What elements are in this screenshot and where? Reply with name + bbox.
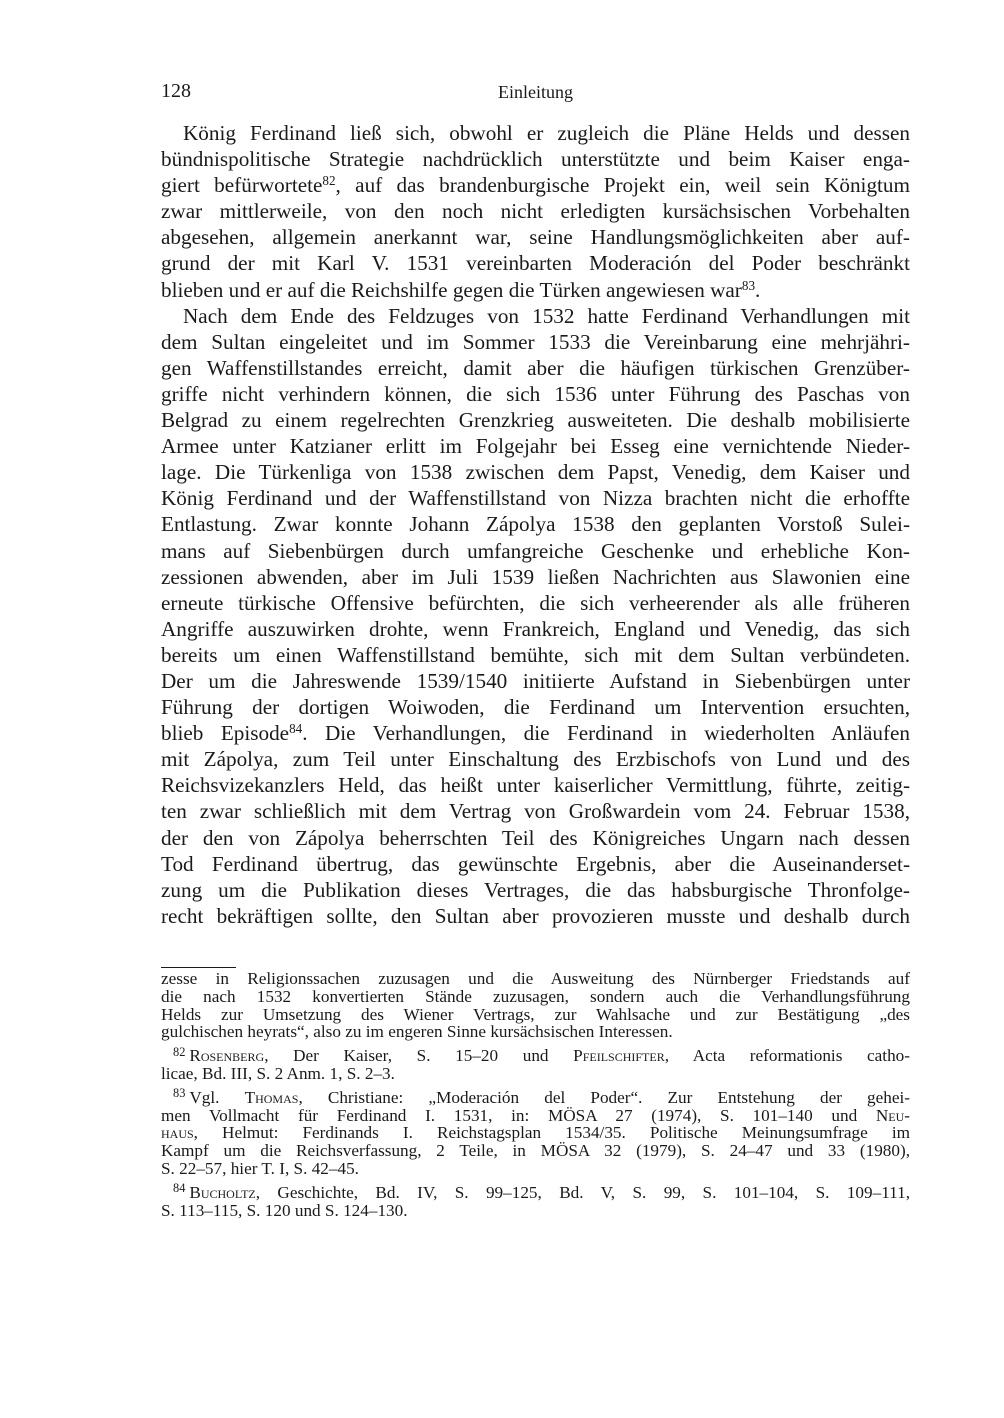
text-line: Reichsvizekanzlers Held, das heißt unter…: [161, 772, 910, 798]
text-span: blieb Episode: [161, 721, 289, 745]
text-line: griffe nicht verhindern können, die sich…: [161, 381, 910, 407]
text-line: Entlastung. Zwar konnte Johann Zápolya 1…: [161, 511, 910, 537]
footnote-number: 83: [161, 1086, 189, 1100]
text-span: blieben und er auf die Reichshilfe gegen…: [161, 278, 742, 302]
text-line: Nach dem Ende des Feldzuges von 1532 hat…: [161, 303, 910, 329]
author-name: Rosenberg: [189, 1046, 264, 1065]
footnote-line: die nach 1532 konvertierten Stände zuzus…: [161, 988, 910, 1006]
text-line: giert befürwortete82, auf das brandenbur…: [161, 172, 910, 198]
text-line: recht bekräftigen sollte, den Sultan abe…: [161, 903, 910, 929]
text-line: Angriffe auszuwirken drohte, wenn Frankr…: [161, 616, 910, 642]
text-span: , Acta reformationis catho-: [665, 1046, 910, 1065]
author-name: haus: [161, 1123, 194, 1142]
main-text: König Ferdinand ließ sich, obwohl er zug…: [161, 120, 910, 929]
footnote-line: 82Rosenberg, Der Kaiser, S. 15–20 und Pf…: [161, 1047, 910, 1065]
running-title: Einleitung: [161, 82, 910, 103]
running-head: 128 Einleitung: [161, 80, 910, 106]
author-name: Bucholtz: [189, 1183, 255, 1202]
text-line: mit Zápolya, zum Teil unter Einschaltung…: [161, 746, 910, 772]
text-line: erneute türkische Offensive befürchten, …: [161, 590, 910, 616]
text-line: zwar mittlerweile, von den noch nicht er…: [161, 198, 910, 224]
text-line: Der um die Jahreswende 1539/1540 initiie…: [161, 668, 910, 694]
text-span: Vgl.: [189, 1088, 244, 1107]
footnote-line: men Vollmacht für Ferdinand I. 1531, in:…: [161, 1107, 910, 1125]
footnote-number: 84: [161, 1181, 189, 1195]
text-line: Tod Ferdinand übertrug, das gewünschte E…: [161, 851, 910, 877]
footnote-line: haus, Helmut: Ferdinands I. Reichstagspl…: [161, 1124, 910, 1142]
text-line: abgesehen, allgemein anerkannt war, sein…: [161, 224, 910, 250]
footnote-number: 82: [161, 1045, 189, 1059]
text-span: , Christiane: „Moderación del Poder“. Zu…: [298, 1088, 910, 1107]
footnotes: zesse in Religionssachen zuzusagen und d…: [161, 970, 910, 1219]
text-line: Armee unter Katzianer erlitt im Folgejah…: [161, 433, 910, 459]
text-line: König Ferdinand ließ sich, obwohl er zug…: [161, 120, 910, 146]
footnote-line: S. 113–115, S. 120 und S. 124–130.: [161, 1202, 910, 1220]
author-name: Neu-: [876, 1106, 910, 1125]
footnote-line: Kampf um die Reichsverfassung, 2 Teile, …: [161, 1142, 910, 1160]
text-line: gen Waffenstillstandes erreicht, damit a…: [161, 355, 910, 381]
footnote-ref-84[interactable]: 84: [289, 721, 302, 736]
text-line: der den von Zápolya beherrschten Teil de…: [161, 825, 910, 851]
text-line: blieb Episode84. Die Verhandlungen, die …: [161, 720, 910, 746]
footnote-continuation: zesse in Religionssachen zuzusagen und d…: [161, 970, 910, 1041]
text-line: grund der mit Karl V. 1531 vereinbarten …: [161, 250, 910, 276]
footnote-ref-82[interactable]: 82: [322, 173, 335, 188]
text-line: bündnispolitische Strategie nachdrücklic…: [161, 146, 910, 172]
text-line: König Ferdinand und der Waffenstillstand…: [161, 485, 910, 511]
text-span: , Helmut: Ferdinands I. Reichstagsplan 1…: [194, 1123, 910, 1142]
author-name: Pfeilschifter: [573, 1046, 665, 1065]
text-line: ten zwar schließlich mit dem Vertrag von…: [161, 798, 910, 824]
footnote-84: 84Bucholtz, Geschichte, Bd. IV, S. 99–12…: [161, 1184, 910, 1220]
footnote-line: 84Bucholtz, Geschichte, Bd. IV, S. 99–12…: [161, 1184, 910, 1202]
paragraph-1: König Ferdinand ließ sich, obwohl er zug…: [161, 120, 910, 303]
text-line: lage. Die Türkenliga von 1538 zwischen d…: [161, 459, 910, 485]
author-name: Thomas: [245, 1088, 299, 1107]
footnote-ref-83[interactable]: 83: [742, 277, 755, 292]
footnote-line: licae, Bd. III, S. 2 Anm. 1, S. 2–3.: [161, 1065, 910, 1083]
text-span: , auf das brandenburgische Projekt ein, …: [336, 173, 910, 197]
text-span: . Die Verhandlungen, die Ferdinand in wi…: [302, 721, 910, 745]
footnote-83: 83Vgl. Thomas, Christiane: „Moderación d…: [161, 1089, 910, 1178]
footnote-rule: [161, 967, 236, 968]
text-line: bereits um einen Waffenstillstand bemüht…: [161, 642, 910, 668]
paragraph-2: Nach dem Ende des Feldzuges von 1532 hat…: [161, 303, 910, 929]
text-span: , Der Kaiser, S. 15–20 und: [264, 1046, 573, 1065]
footnote-82: 82Rosenberg, Der Kaiser, S. 15–20 und Pf…: [161, 1047, 910, 1083]
text-line: zung um die Publikation dieses Vertrages…: [161, 877, 910, 903]
text-span: .: [755, 278, 760, 302]
text-line: blieben und er auf die Reichshilfe gegen…: [161, 277, 910, 303]
footnote-line: zesse in Religionssachen zuzusagen und d…: [161, 970, 910, 988]
footnote-line: gulchischen heyrats“, also zu im engeren…: [161, 1023, 910, 1041]
text-span: , Geschichte, Bd. IV, S. 99–125, Bd. V, …: [256, 1183, 910, 1202]
text-line: dem Sultan eingeleitet und im Sommer 153…: [161, 329, 910, 355]
text-span: giert befürwortete: [161, 173, 322, 197]
footnote-line: 83Vgl. Thomas, Christiane: „Moderación d…: [161, 1089, 910, 1107]
text-line: zessionen abwenden, aber im Juli 1539 li…: [161, 564, 910, 590]
text-span: men Vollmacht für Ferdinand I. 1531, in:…: [161, 1106, 876, 1125]
footnote-line: S. 22–57, hier T. I, S. 42–45.: [161, 1160, 910, 1178]
text-line: Belgrad zu einem regelrechten Grenzkrieg…: [161, 407, 910, 433]
text-line: Führung der dortigen Woiwoden, die Ferdi…: [161, 694, 910, 720]
text-line: mans auf Siebenbürgen durch umfangreiche…: [161, 538, 910, 564]
footnote-line: Helds zur Umsetzung des Wiener Vertrags,…: [161, 1006, 910, 1024]
